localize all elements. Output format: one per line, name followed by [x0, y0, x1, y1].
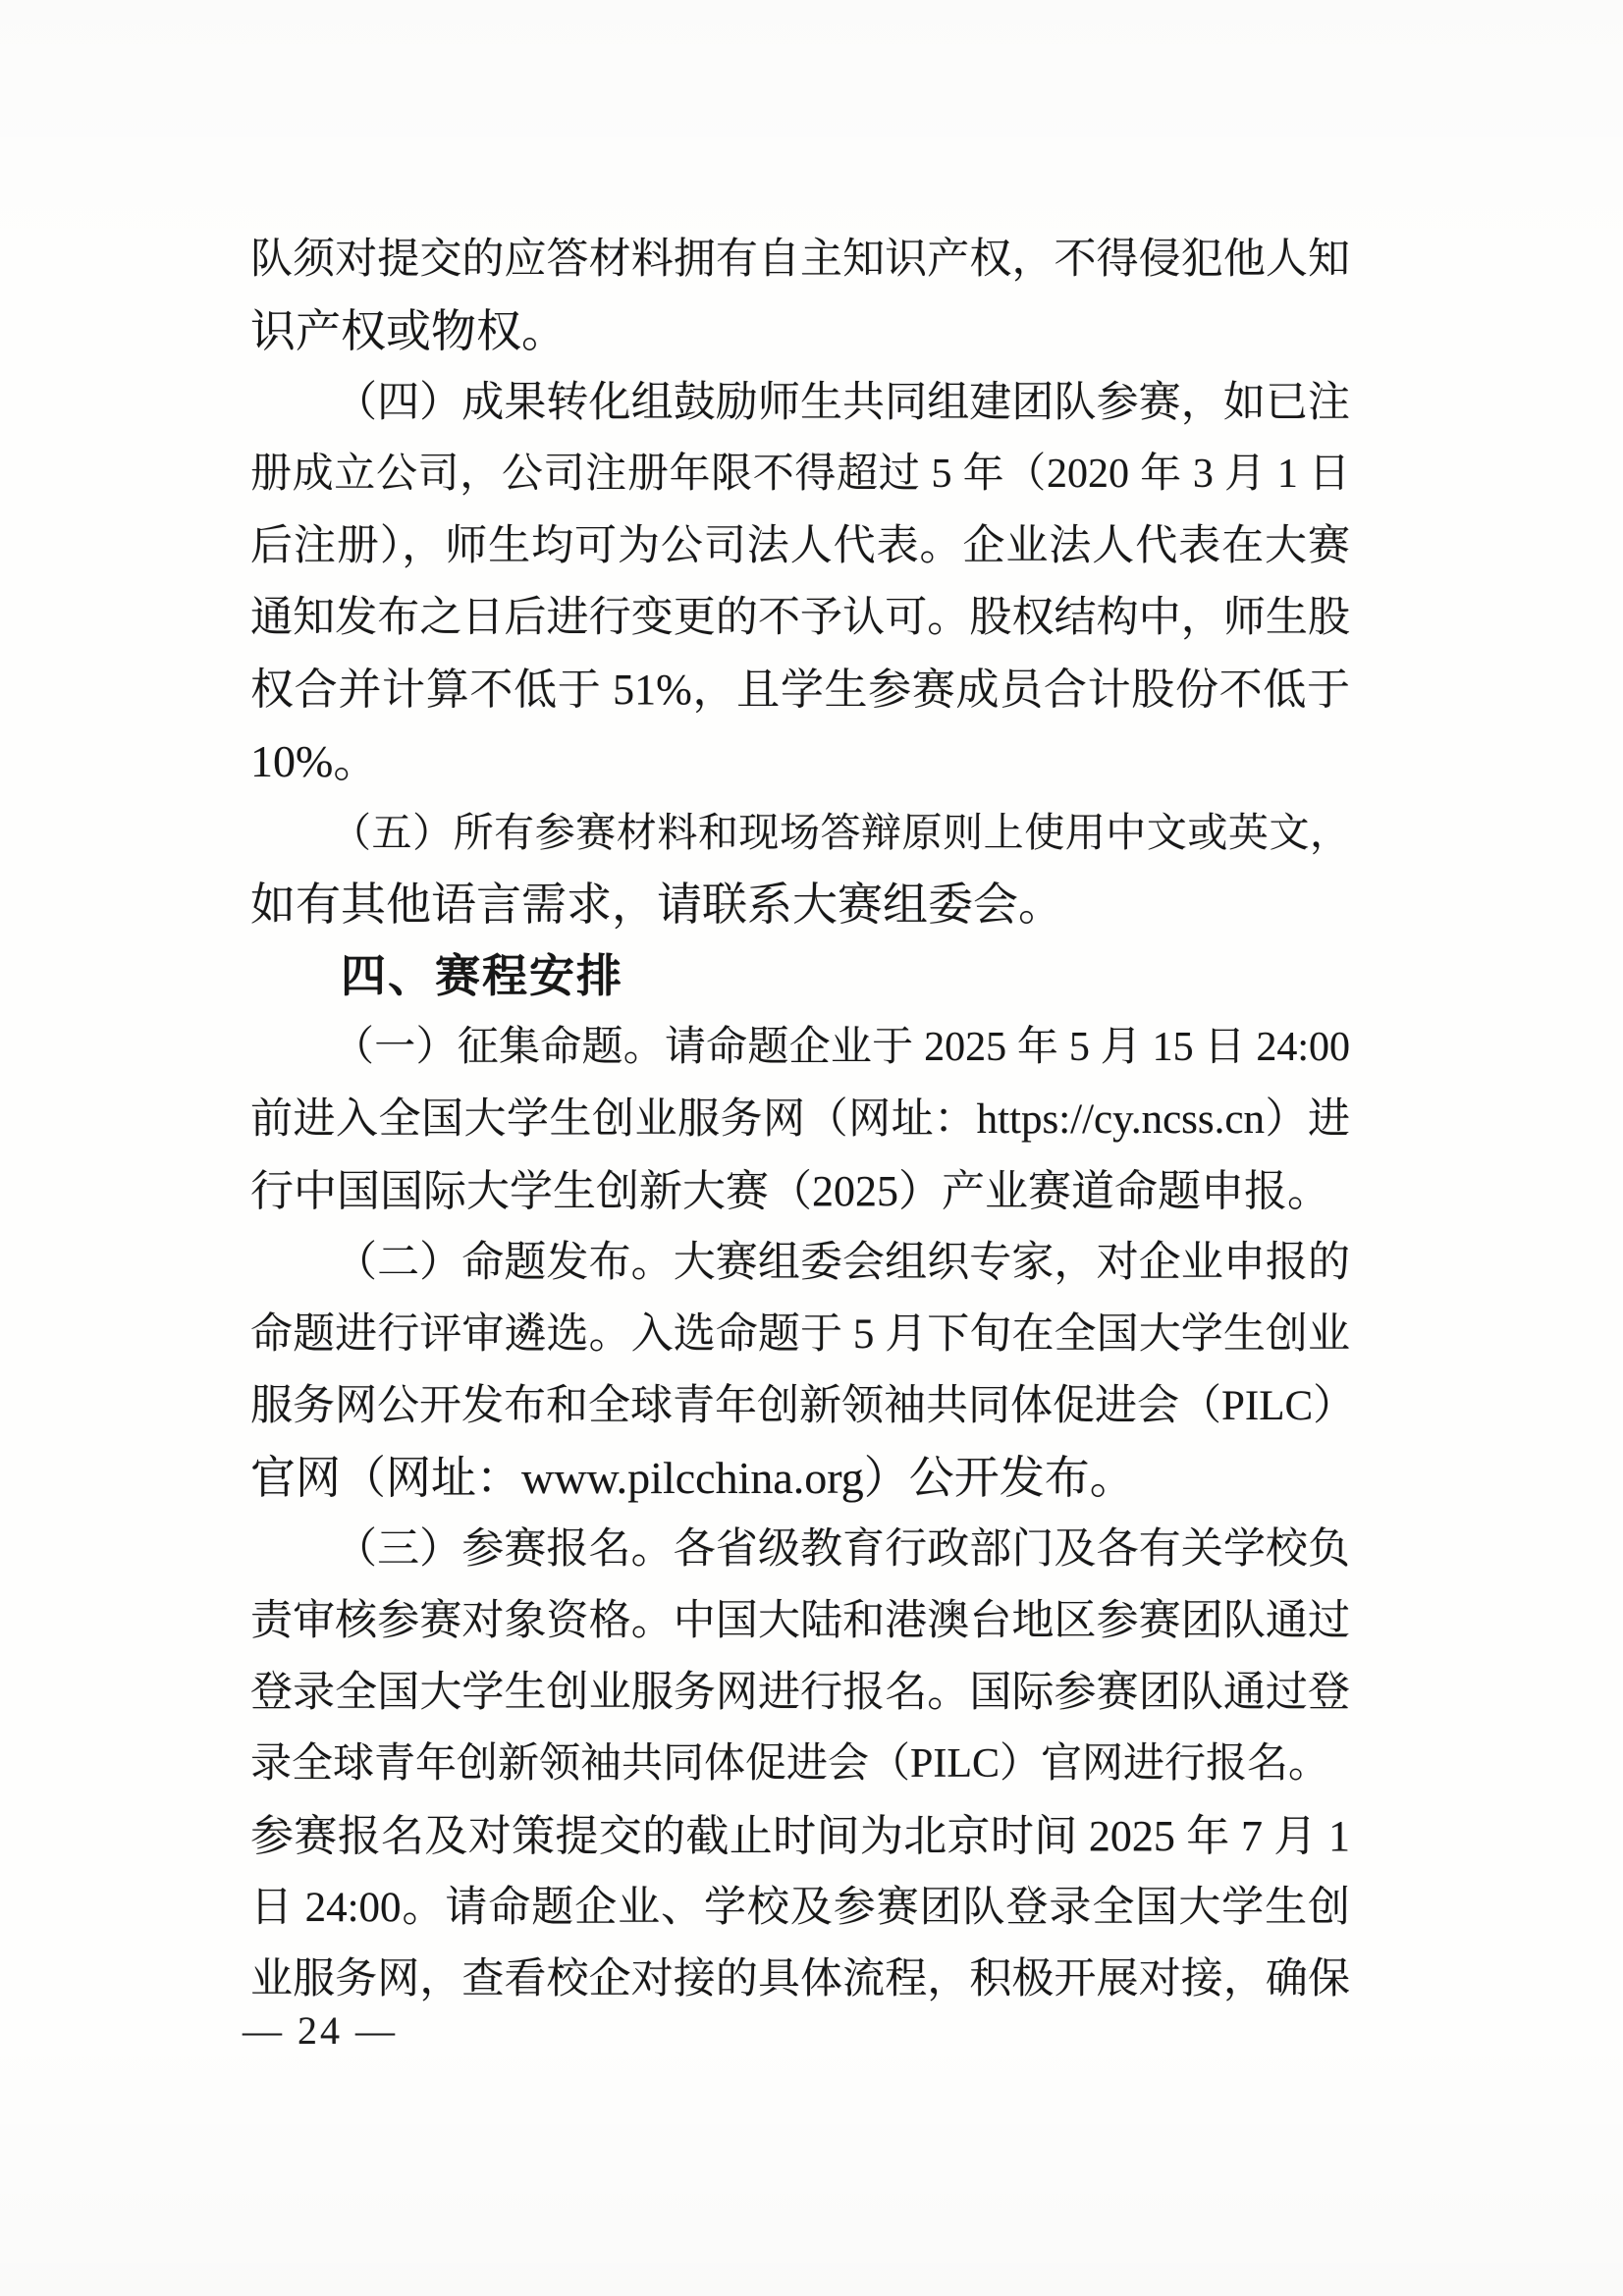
- text-line: （三）参赛报名。各省级教育行政部门及各有关学校负: [250, 1514, 1350, 1585]
- text-line: 业服务网，查看校企对接的具体流程，积极开展对接，确保: [250, 1944, 1350, 2015]
- text-line: 参赛报名及对策提交的截止时间为北京时间 2025 年 7 月 1: [250, 1800, 1350, 1872]
- text-line: （五）所有参赛材料和现场答辩原则上使用中文或英文，: [250, 797, 1350, 869]
- text-line: 如有其他语言需求，请联系大赛组委会。: [250, 869, 1350, 940]
- text-line: 册成立公司，公司注册年限不得超过 5 年（2020 年 3 月 1 日: [250, 439, 1350, 510]
- document-page: 队须对提交的应答材料拥有自主知识产权，不得侵犯他人知识产权或物权。（四）成果转化…: [0, 0, 1623, 2296]
- text-line: 权合并计算不低于 51%，且学生参赛成员合计股份不低于: [250, 654, 1350, 725]
- document-body: 队须对提交的应答材料拥有自主知识产权，不得侵犯他人知识产权或物权。（四）成果转化…: [250, 224, 1350, 2015]
- text-line: 后注册），师生均可为公司法人代表。企业法人代表在大赛: [250, 510, 1350, 582]
- text-line: 队须对提交的应答材料拥有自主知识产权，不得侵犯他人知: [250, 224, 1350, 295]
- text-line: 官网（网址：www.pilcchina.org）公开发布。: [250, 1442, 1350, 1514]
- text-line: 录全球青年创新领袖共同体促进会（PILC）官网进行报名。: [250, 1729, 1350, 1800]
- text-line: 登录全国大学生创业服务网进行报名。国际参赛团队通过登: [250, 1657, 1350, 1729]
- text-line: 10%。: [250, 725, 1350, 797]
- page-number: — 24 —: [243, 2008, 398, 2054]
- text-line: （二）命题发布。大赛组委会组织专家，对企业申报的: [250, 1227, 1350, 1299]
- section-heading: 四、赛程安排: [250, 940, 1350, 1012]
- text-line: （一）征集命题。请命题企业于 2025 年 5 月 15 日 24:00: [250, 1012, 1350, 1084]
- text-line: 行中国国际大学生创新大赛（2025）产业赛道命题申报。: [250, 1155, 1350, 1227]
- text-line: 前进入全国大学生创业服务网（网址：https://cy.ncss.cn）进: [250, 1084, 1350, 1155]
- text-line: 日 24:00。请命题企业、学校及参赛团队登录全国大学生创: [250, 1872, 1350, 1944]
- text-line: 通知发布之日后进行变更的不予认可。股权结构中，师生股: [250, 582, 1350, 654]
- text-line: （四）成果转化组鼓励师生共同组建团队参赛，如已注: [250, 367, 1350, 439]
- text-line: 命题进行评审遴选。入选命题于 5 月下旬在全国大学生创业: [250, 1299, 1350, 1370]
- text-line: 服务网公开发布和全球青年创新领袖共同体促进会（PILC）: [250, 1370, 1350, 1442]
- text-line: 责审核参赛对象资格。中国大陆和港澳台地区参赛团队通过: [250, 1585, 1350, 1657]
- text-line: 识产权或物权。: [250, 295, 1350, 367]
